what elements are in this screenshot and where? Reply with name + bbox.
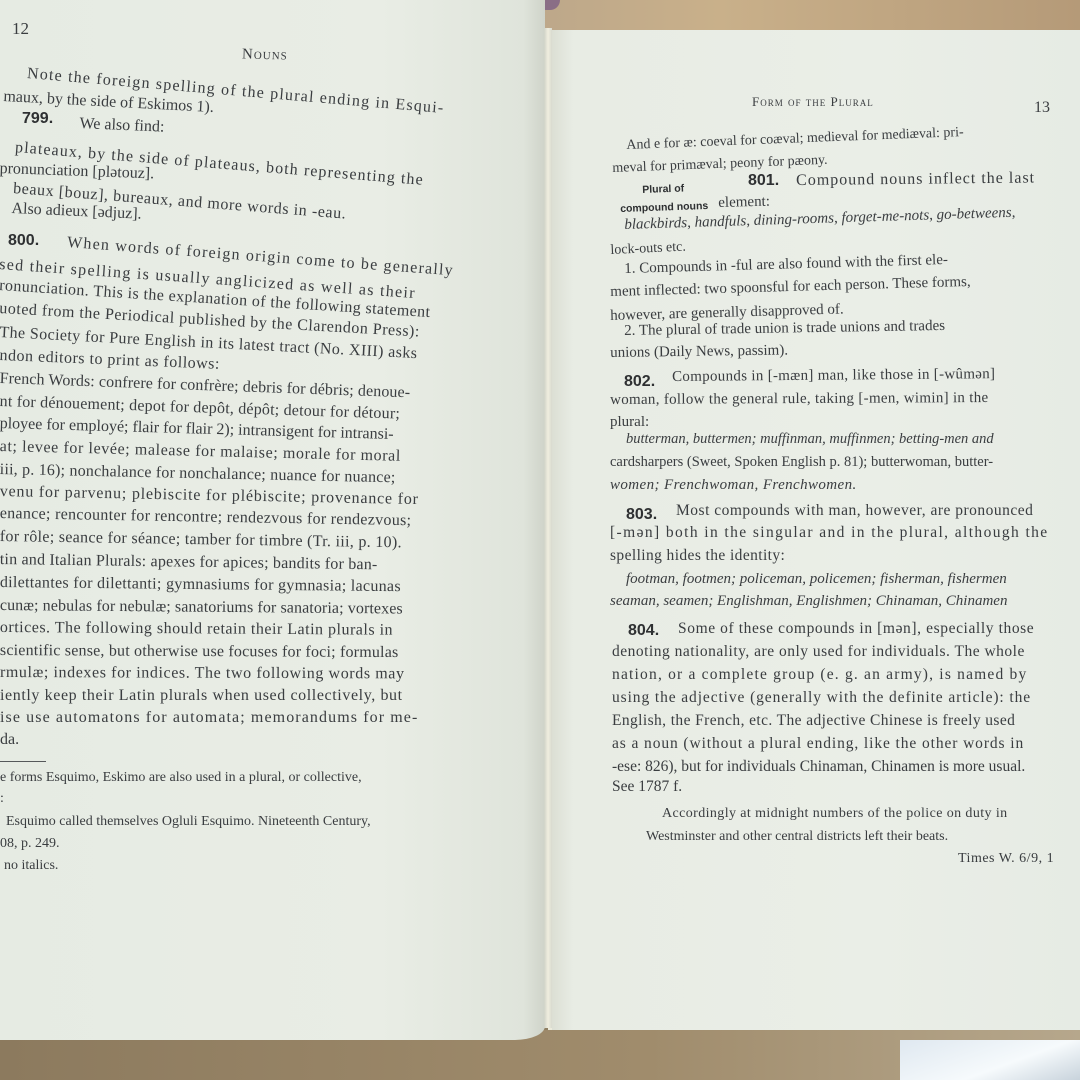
section-804-line: English, the French, etc. The adjective … <box>612 710 1015 732</box>
section-802-line: Compounds in [-mæn] man, like those in [… <box>672 363 995 388</box>
quote-line: Westminster and other central districts … <box>646 826 948 848</box>
section-803-line: Most compounds with man, however, are pr… <box>676 500 1033 522</box>
section-803-line: spelling hides the identity: <box>610 545 785 567</box>
margin-note: Plural of <box>642 183 684 197</box>
footnote-line: Esquimo called themselves Ogluli Esquimo… <box>6 811 371 833</box>
footnote-line: 08, p. 249. <box>0 833 60 855</box>
section-800-line: ortices. The following should retain the… <box>0 617 393 642</box>
section-802-line: butterman, buttermen; muffinman, muffinm… <box>626 428 994 450</box>
footnote-divider <box>0 761 46 762</box>
left-running-head: Nouns <box>242 43 288 66</box>
section-804-line: as a noun (without a plural ending, like… <box>612 733 1024 755</box>
right-page-number: 13 <box>1034 97 1050 119</box>
section-804-line: using the adjective (generally with the … <box>612 687 1031 709</box>
section-804-line: nation, or a complete group (e. g. an ar… <box>612 664 1027 686</box>
section-804-line: -ese: 826), but for individuals Chinaman… <box>612 756 1025 778</box>
section-800-line: rmulæ; indexes for indices. The two foll… <box>0 662 405 685</box>
section-800-line: dilettantes for dilettanti; gymnasiums f… <box>0 572 401 598</box>
quote-source: Times W. 6/9, 1 <box>958 848 1054 870</box>
section-803-line: [-mən] both in the singular and in the p… <box>610 522 1049 544</box>
section-number-800: 800. <box>8 230 39 252</box>
background-glass <box>900 1040 1080 1080</box>
section-799-lead: We also find: <box>79 113 165 139</box>
section-804-line: denoting nationality, are only used for … <box>612 641 1025 663</box>
footnote-line: no italics. <box>4 855 58 877</box>
section-800-line: ise use automatons for automata; memoran… <box>0 707 418 729</box>
section-800-line: da. <box>0 729 19 751</box>
section-803-line: seaman, seamen; Englishman, Englishmen; … <box>610 590 1007 612</box>
book-gutter <box>544 28 552 1028</box>
section-804-line: See 1787 f. <box>612 776 682 798</box>
section-number-801: 801. <box>748 170 779 192</box>
section-804-line: Some of these compounds in [mən], especi… <box>678 618 1034 640</box>
section-800-line: iently keep their Latin plurals when use… <box>0 685 403 707</box>
left-page-number: 12 <box>12 18 29 40</box>
section-800-line: scientific sense, but otherwise use focu… <box>0 640 399 664</box>
section-number-799: 799. <box>22 108 53 130</box>
section-801-line: Compound nouns inflect the last <box>796 167 1035 192</box>
section-802-line: woman, follow the general rule, taking [… <box>610 387 989 411</box>
footnote-line: : <box>0 788 4 810</box>
quote-line: Accordingly at midnight numbers of the p… <box>662 803 1008 825</box>
section-801-line: unions (Daily News, passim). <box>610 340 788 364</box>
section-802-line: women; Frenchwoman, Frenchwomen. <box>610 474 857 496</box>
section-803-line: footman, footmen; policeman, policemen; … <box>626 568 1007 590</box>
section-number-804: 804. <box>628 620 659 642</box>
footnote-line: e forms Esquimo, Eskimo are also used in… <box>0 767 362 789</box>
right-running-head: Form of the Plural <box>752 91 874 113</box>
section-802-line: cardsharpers (Sweet, Spoken English p. 8… <box>610 451 993 473</box>
